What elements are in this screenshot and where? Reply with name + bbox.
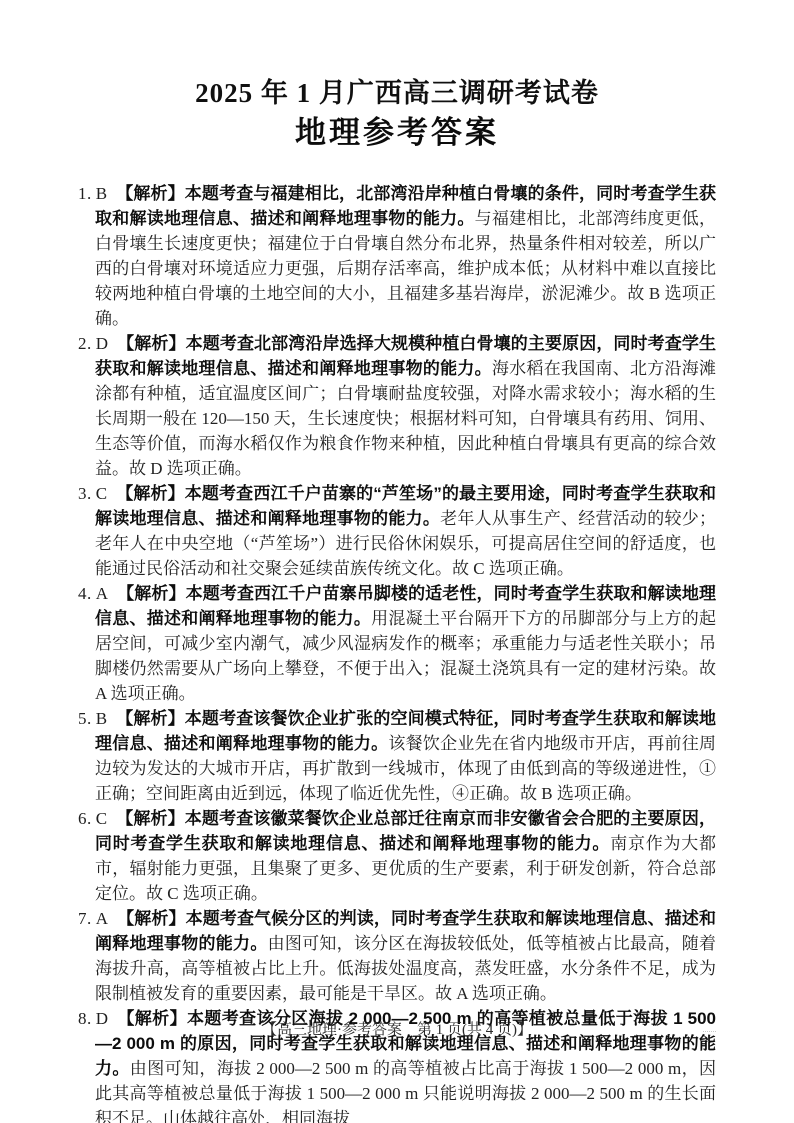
- question-number: 1.: [78, 184, 92, 203]
- answer-item-7: 7.A【解析】本题考查气候分区的判读，同时考查学生获取和解读地理信息、描述和阐释…: [78, 906, 716, 1006]
- answer-item-5: 5.B【解析】本题考查该餐饮企业扩张的空间模式特征，同时考查学生获取和解读地理信…: [78, 706, 716, 806]
- answer-item-2: 2.D【解析】本题考查北部湾沿岸选择大规模种植白骨壤的主要原因，同时考查学生获取…: [78, 331, 716, 481]
- page-title: 地理参考答案: [0, 113, 794, 153]
- page-header: 2025 年 1 月广西高三调研考试卷 地理参考答案: [0, 0, 794, 153]
- answer-choice: A: [96, 584, 108, 603]
- scan-artifact: [703, 1031, 716, 1035]
- question-number: 6.: [78, 809, 92, 828]
- answer-sheet-page: 2025 年 1 月广西高三调研考试卷 地理参考答案 1.B【解析】本题考查与福…: [0, 0, 794, 1123]
- page-footer: 【高三地理·参考答案 第 1 页(共 4 页)】: [0, 1020, 794, 1040]
- question-number: 7.: [78, 909, 92, 928]
- answer-choice: D: [96, 334, 108, 353]
- answer-item-3: 3.C【解析】本题考查西江千户苗寨的“芦笙场”的最主要用途，同时考查学生获取和解…: [78, 481, 716, 581]
- answer-choice: B: [96, 709, 107, 728]
- answer-choice: C: [96, 809, 107, 828]
- answer-item-1: 1.B【解析】本题考查与福建相比，北部湾沿岸种植白骨壤的条件，同时考查学生获取和…: [78, 181, 716, 331]
- question-number: 2.: [78, 334, 92, 353]
- analysis-explanation: 由图可知，海拔 2 000—2 500 m 的高等植被占比高于海拔 1 500—…: [95, 1059, 716, 1123]
- footer-page-indicator: 【高三地理·参考答案 第 1 页(共 4 页)】: [262, 1022, 532, 1038]
- answer-item-6: 6.C【解析】本题考查该徽菜餐饮企业总部迁往南京而非安徽省会合肥的主要原因，同时…: [78, 806, 716, 906]
- answers-section: 1.B【解析】本题考查与福建相比，北部湾沿岸种植白骨壤的条件，同时考查学生获取和…: [78, 181, 716, 1123]
- answer-item-4: 4.A【解析】本题考查西江千户苗寨吊脚楼的适老性，同时考查学生获取和解读地理信息…: [78, 581, 716, 706]
- question-number: 4.: [78, 584, 92, 603]
- answer-choice: B: [96, 184, 107, 203]
- question-number: 3.: [78, 484, 92, 503]
- question-number: 5.: [78, 709, 92, 728]
- answer-choice: C: [96, 484, 107, 503]
- exam-title: 2025 年 1 月广西高三调研考试卷: [0, 76, 794, 110]
- answer-choice: A: [96, 909, 108, 928]
